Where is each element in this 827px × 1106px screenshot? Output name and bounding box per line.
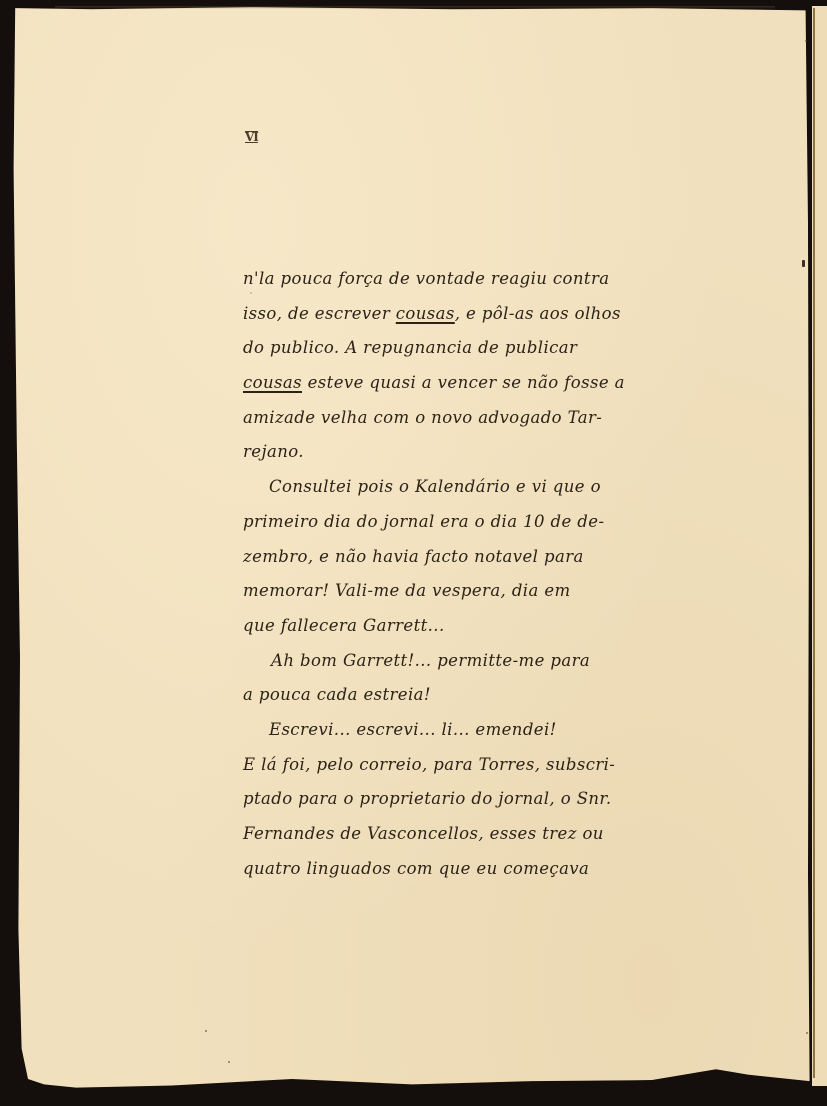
manuscript-line: do publico. A repugnancia de publicar	[243, 331, 703, 366]
manuscript-line: cousas esteve quasi a vencer se não foss…	[243, 366, 703, 401]
manuscript-line: rejano.	[243, 435, 703, 470]
line-text: , e pôl-as aos olhos	[455, 304, 621, 323]
manuscript-line: amizade velha com o novo advogado Tar-	[243, 401, 703, 436]
page-top-shadow	[55, 6, 775, 9]
line-text: esteve quasi a vencer se não fosse a	[302, 373, 625, 392]
manuscript-line: primeiro dia do jornal era o dia 10 de d…	[243, 505, 703, 540]
manuscript-line: que fallecera Garrett...	[243, 609, 703, 644]
manuscript-line-paragraph-start: Escrevi... escrevi... li... emendei!	[243, 713, 703, 748]
manuscript-line: ptado para o proprietario do jornal, o S…	[243, 782, 703, 817]
underlined-word: cousas	[396, 304, 455, 323]
handwritten-text-block: n'la pouca força de vontade reagiu contr…	[243, 262, 703, 886]
line-text: isso, de escrever	[243, 304, 396, 323]
margin-ink-mark	[802, 260, 805, 267]
manuscript-line: isso, de escrever cousas, e pôl-as aos o…	[243, 297, 703, 332]
manuscript-line: n'la pouca força de vontade reagiu contr…	[243, 262, 703, 297]
paper-speck	[806, 1032, 808, 1034]
manuscript-line-paragraph-start: Ah bom Garrett!... permitte-me para	[243, 644, 703, 679]
manuscript-line: memorar! Vali-me da vespera, dia em	[243, 574, 703, 609]
page-number: VI	[245, 131, 258, 143]
manuscript-line: Fernandes de Vasconcellos, esses trez ou	[243, 817, 703, 852]
paper-speck	[228, 1061, 230, 1063]
binding-gutter-line	[813, 8, 815, 1078]
manuscript-line: E lá foi, pelo correio, para Torres, sub…	[243, 748, 703, 783]
manuscript-line: a pouca cada estreia!	[243, 678, 703, 713]
underlined-word: cousas	[243, 373, 302, 392]
manuscript-line: quatro linguados com que eu começava	[243, 852, 703, 887]
manuscript-line: zembro, e não havia facto notavel para	[243, 540, 703, 575]
paper-speck	[805, 40, 807, 42]
manuscript-line-paragraph-start: Consultei pois o Kalendário e vi que o	[243, 470, 703, 505]
paper-speck	[205, 1030, 207, 1032]
